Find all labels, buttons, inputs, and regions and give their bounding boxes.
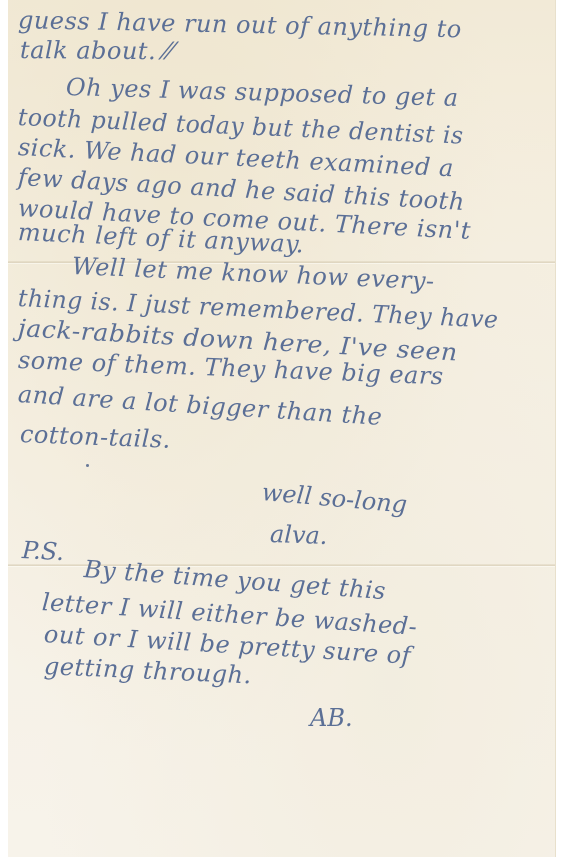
postscript-label: P.S. <box>21 536 65 566</box>
postscript-initials: AB. <box>310 704 353 732</box>
closing-text: well so-long <box>261 478 408 519</box>
signature: alva. <box>270 520 328 550</box>
letter-page: guess I have run out of anything to talk… <box>8 0 555 857</box>
letter-line: talk about. ⁄⁄ <box>20 36 174 65</box>
letter-line: Oh yes I was supposed to get a <box>66 73 459 112</box>
ink-speck <box>86 464 89 467</box>
letter-line: cotton-tails. <box>19 420 171 454</box>
